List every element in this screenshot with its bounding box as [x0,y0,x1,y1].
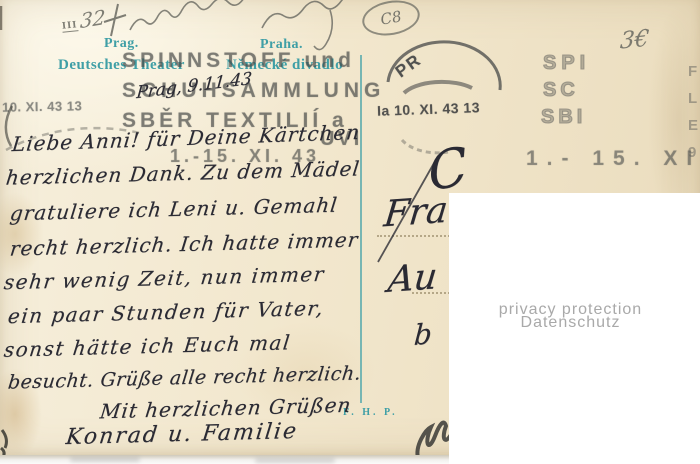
pencil-roman-numeral: III [61,20,78,33]
pencil-price-note: 3€ [619,25,650,54]
cancel-edge-letter: 9 [688,139,700,166]
machine-cancel-right-date-range: 1.- 15. XI [526,147,700,171]
machine-cancel-right-line: SPI [543,52,590,75]
cancel-edge-letter: F [688,58,700,85]
postcard-scan: Prag. Deutsches Theater Praha. Německé d… [0,0,700,464]
privacy-overlay-box: privacy protection Datenschutz [449,193,700,464]
address-line-fragment: b [413,317,433,352]
address-line-fragment: Fra [382,190,450,236]
cancel-edge-letters: F L E 9 [688,58,700,166]
machine-cancel-right-line: SBI [541,106,586,129]
address-dotted-line [377,235,457,237]
machine-cancel-right-line: SC [543,79,579,102]
privacy-overlay-line2: Datenschutz [449,316,692,329]
date-stamp-left: 10. XI. 43 13 [2,98,82,114]
cancel-edge-letter: L [688,85,700,112]
scan-smudge [70,457,140,462]
scan-smudge [255,458,335,463]
privacy-overlay-text: privacy protection Datenschutz [449,303,692,329]
cancel-edge-letter: E [688,112,700,139]
printed-divider-line [360,55,362,403]
address-line-fragment: Au [386,256,439,301]
pencil-circled-note-text: C8 [379,7,403,28]
pencil-number-note: 32 [80,5,106,33]
